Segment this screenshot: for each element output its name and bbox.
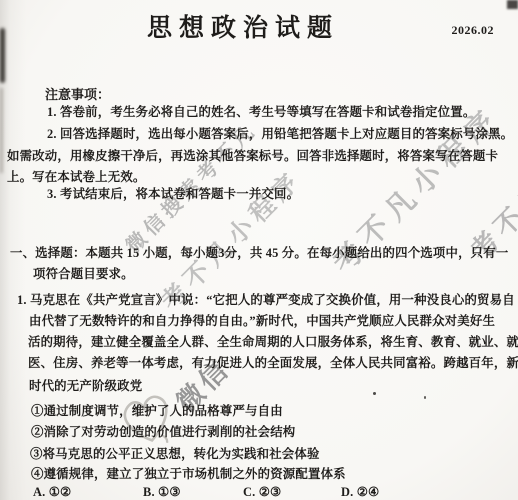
notice-line-2: 2. 回答选择题时，选出每小题答案后，用铅笔把答题卡上对应题目的答案标号涂黑。	[47, 124, 513, 142]
scan-speck-2	[424, 396, 426, 399]
question-1-option-b: B. ①③	[143, 484, 181, 500]
question-1-statement-4: ④遵循规律，建立了独立于市场机制之外的资源配置体系	[31, 464, 346, 482]
question-1-line-4: 医、住房、养老等一体考虑，有力促进人的全面发展，全体人民共同富裕。跨越百年，新	[28, 353, 518, 371]
notice-line-5: 3. 考试结束后，将本试卷和答题卡一并交回。	[47, 184, 299, 202]
scan-speck-1	[373, 392, 376, 395]
notice-line-3: 如需改动，用橡皮擦干净后，再选涂其他答案标号。回答非选择题时，将答案写在答题卡	[7, 146, 498, 164]
question-1-statement-3: ③将马克思的公平正义思想，转化为实践和社会体验	[30, 444, 320, 462]
scan-artifact-top-right-corner	[507, 0, 518, 9]
section-heading-line-1: 一、选择题：本题共 15 小题，每小题3分，共 45 分。在每小题给出的四个选项…	[10, 243, 508, 261]
scan-artifact-left-edge-light	[0, 88, 3, 173]
page-title: 思想政治试题	[0, 8, 502, 44]
question-1-line-3: 活的期待，建立健全覆盖全人群、全生命周期的人口服务体系，将生育、教育、就业、就	[28, 332, 518, 350]
question-1-statement-2: ②消除了对劳动创造的价值进行剥削的社会结构	[31, 422, 295, 440]
notice-line-4: 上。写在本试卷上无效。	[7, 167, 146, 185]
question-1-option-c: C. ②③	[243, 484, 281, 500]
question-1-line-1: 1. 马克思在《共产党宣言》中说：“它把人的尊严变成了交换价值，用一种没良心的贸…	[17, 290, 515, 308]
exam-date: 2026.02	[452, 23, 495, 38]
question-1-option-a: A. ①②	[33, 484, 71, 500]
exam-paper-page: 微信搜索考不凡 考不凡小程序 考不凡小程序 考不凡 微信 思想政治试题 2026…	[0, 0, 518, 500]
notice-heading: 注意事项：	[45, 84, 110, 103]
question-1-line-5: 时代的无产阶级政党	[29, 376, 142, 394]
section-heading-line-2: 项符合题目要求。	[33, 264, 134, 282]
notice-line-1: 1. 答卷前，考生务必将自己的姓名、考生号等填写在答题卡和试卷指定位置。	[47, 102, 475, 120]
question-1-option-d: D. ②④	[341, 484, 379, 500]
question-1-statement-1: ①通过制度调节，维护了人的品格尊严与自由	[31, 401, 283, 419]
question-1-line-2: 由代替了无数特许的和自力挣得的自由。”新时代，中国共产党顺应人民群众对美好生	[29, 311, 495, 329]
